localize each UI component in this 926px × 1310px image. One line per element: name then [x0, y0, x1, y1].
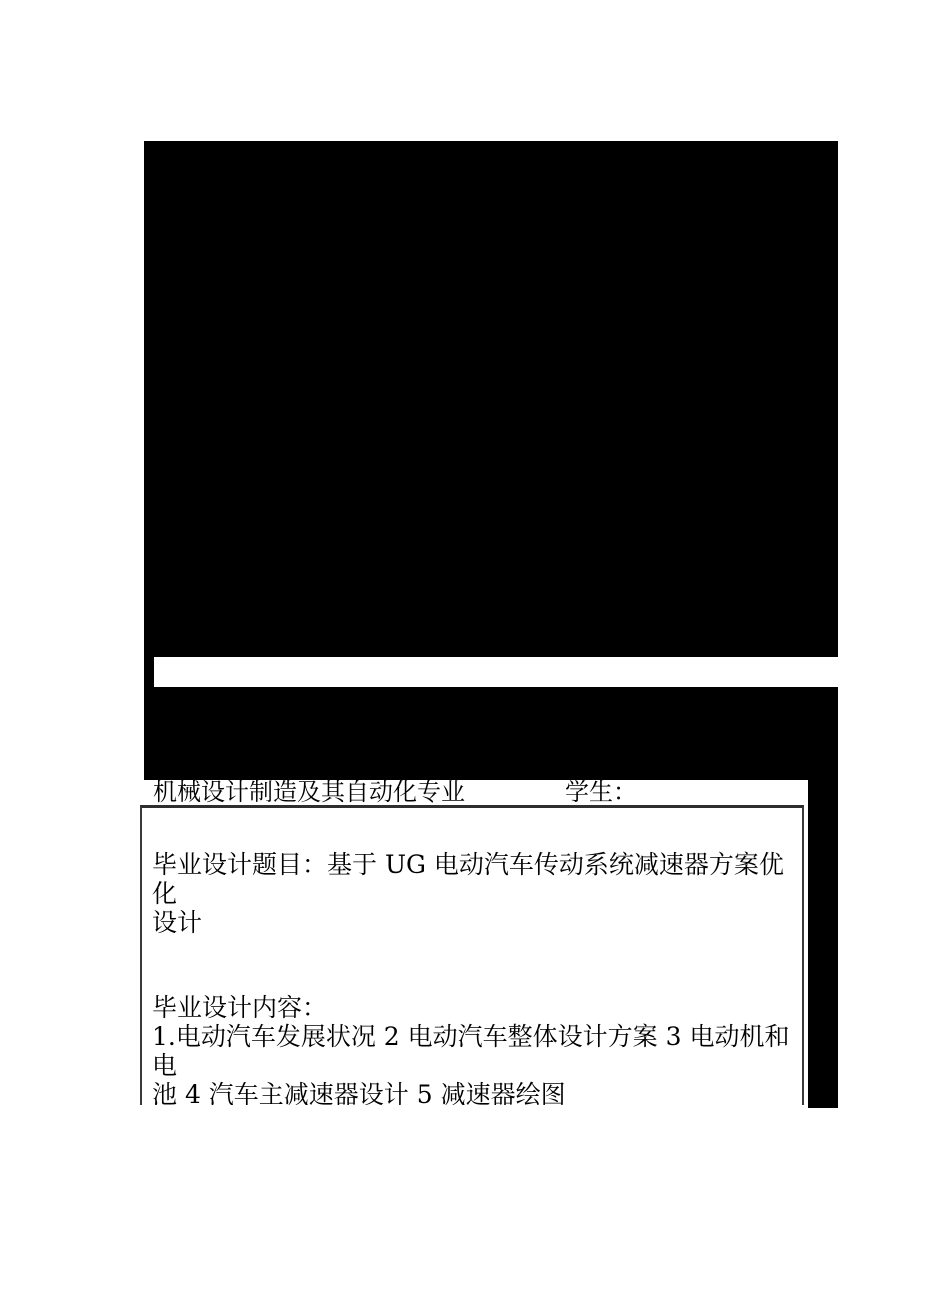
redacted-region-right-column [808, 780, 838, 1108]
redacted-region-top [144, 141, 838, 657]
project-title: 毕业设计题目：基于 UG 电动汽车传动系统减速器方案优化 设计 [152, 850, 798, 937]
project-title-line-2: 设计 [152, 908, 202, 937]
project-title-line-1: 毕业设计题目：基于 UG 电动汽车传动系统减速器方案优化 [152, 850, 784, 908]
major-label: 机械设计制造及其自动化专业 [153, 780, 465, 805]
project-content-line-1: 1.电动汽车发展状况 2 电动汽车整体设计方案 3 电动机和电 [152, 1022, 789, 1080]
form-box: 毕业设计题目：基于 UG 电动汽车传动系统减速器方案优化 设计 毕业设计内容： … [140, 805, 804, 1105]
major-student-row: 机械设计制造及其自动化专业 学生： [140, 780, 808, 805]
document-page: 机械设计制造及其自动化专业 学生： 毕业设计题目：基于 UG 电动汽车传动系统减… [0, 0, 926, 1310]
student-label: 学生： [565, 780, 637, 805]
redacted-region-middle [144, 687, 838, 780]
project-content: 毕业设计内容： 1.电动汽车发展状况 2 电动汽车整体设计方案 3 电动机和电 … [152, 993, 798, 1105]
project-content-heading: 毕业设计内容： [152, 993, 327, 1022]
redacted-region-left-spine [144, 657, 154, 687]
project-content-line-2: 池 4 汽车主减速器设计 5 减速器绘图 [152, 1080, 566, 1105]
